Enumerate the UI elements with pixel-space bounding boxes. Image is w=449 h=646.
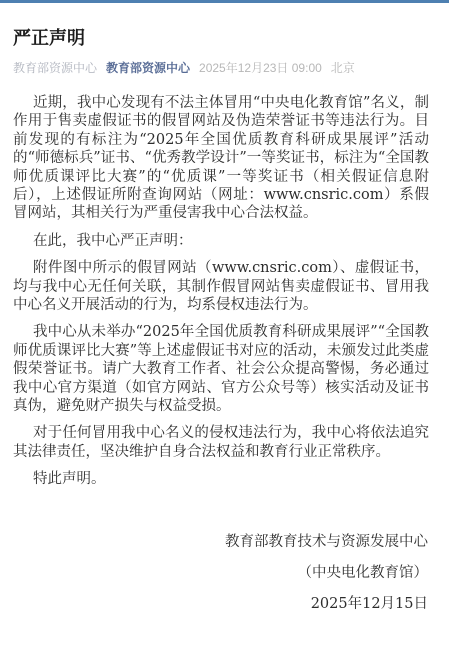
- statement-body: 近期，我中心发现有不法主体冒用“中央电化教育馆”名义，制作用于售卖虚假证书的假冒…: [0, 94, 449, 489]
- signature-block: 教育部教育技术与资源发展中心 （中央电化教育馆） 2025年12月15日: [0, 527, 449, 620]
- paragraph-legal-action: 对于任何冒用我中心名义的侵权违法行为，我中心将依法追究其法律责任，坚决维护自身合…: [13, 424, 429, 461]
- paragraph-closing: 特此声明。: [13, 470, 429, 488]
- signature-org-alias: （中央电化教育馆）: [0, 558, 428, 589]
- page-title: 严正声明: [13, 27, 435, 50]
- paragraph-declaration-lead: 在此，我中心严正声明：: [13, 232, 429, 250]
- byline-publish-date: 2025年12月23日 09:00: [199, 61, 322, 75]
- byline: 教育部资源中心 教育部资源中心 2025年12月23日 09:00 北京: [13, 61, 435, 75]
- paragraph-fake-site: 附件图中所示的假冒网站（www.cnsric.com）、虚假证书，均与我中心无任…: [13, 259, 429, 314]
- byline-author: 教育部资源中心: [13, 61, 97, 75]
- byline-account-link[interactable]: 教育部资源中心: [106, 61, 190, 75]
- top-accent-bar: [0, 0, 449, 3]
- signature-org: 教育部教育技术与资源发展中心: [0, 527, 428, 558]
- byline-location: 北京: [331, 61, 355, 75]
- paragraph-intro: 近期，我中心发现有不法主体冒用“中央电化教育馆”名义，制作用于售卖虚假证书的假冒…: [13, 94, 429, 223]
- article-page: 严正声明 教育部资源中心 教育部资源中心 2025年12月23日 09:00 北…: [0, 0, 449, 646]
- signature-date: 2025年12月15日: [0, 589, 428, 620]
- paragraph-never-held: 我中心从未举办“2025年全国优质教育科研成果展评”“全国教师优质课评比大赛”等…: [13, 323, 429, 415]
